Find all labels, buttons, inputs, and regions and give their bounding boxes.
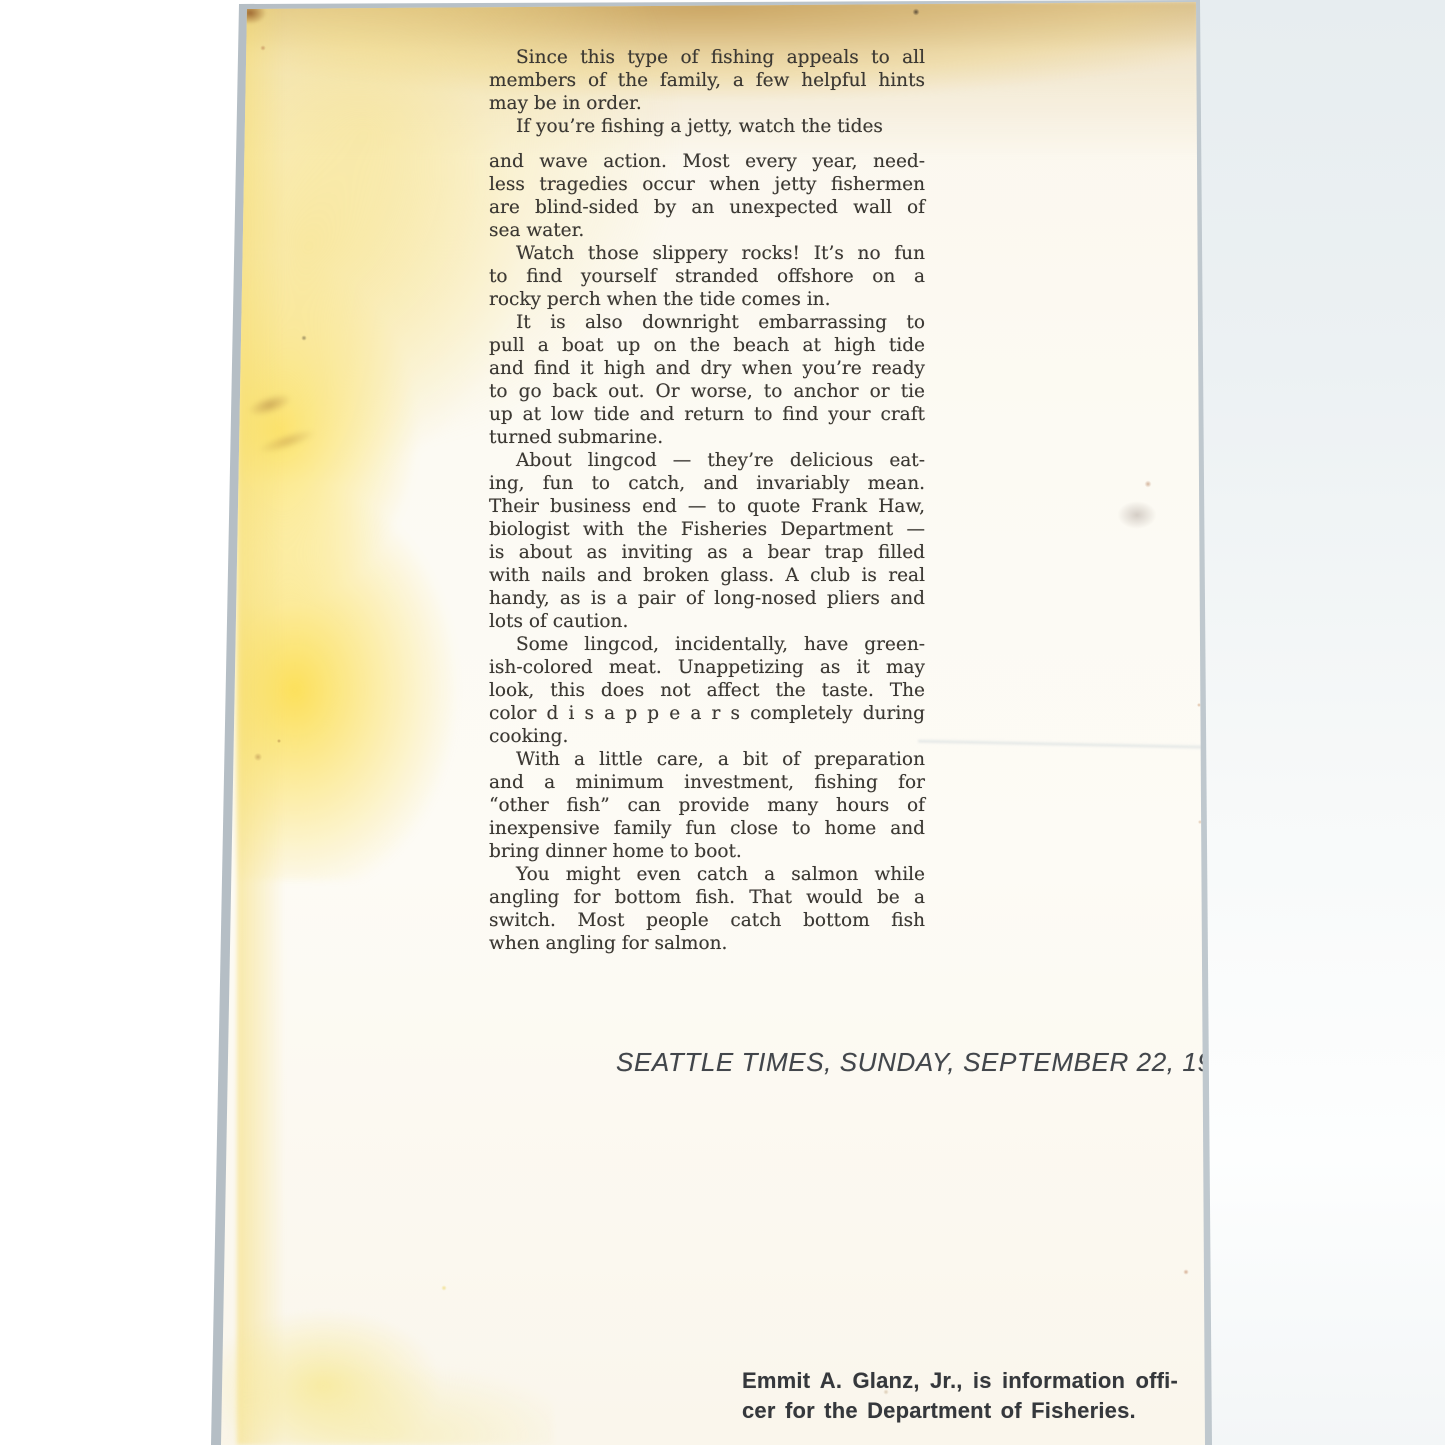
article-line: to find yourself stranded offshore on a: [489, 265, 925, 288]
article-paragraph: You might even catch a salmon whileangli…: [489, 863, 925, 955]
paper-crease-line: [918, 733, 1210, 755]
article-line: rocky perch when the tide comes in.: [489, 288, 925, 311]
article-line: sea water.: [489, 219, 925, 242]
article-line: If you’re fishing a jetty, watch the tid…: [489, 115, 925, 138]
article-paragraph: Some lingcod, incidentally, have green-i…: [489, 633, 925, 748]
article-line: members of the family, a few helpful hin…: [489, 69, 925, 92]
article-line: switch. Most people catch bottom fish: [489, 909, 925, 932]
article-line: and wave action. Most every year, need-: [489, 150, 925, 173]
article-paragraph: If you’re fishing a jetty, watch the tid…: [489, 115, 925, 138]
article-line: and find it high and dry when you’re rea…: [489, 357, 925, 380]
article-line: are blind-sided by an unexpected wall of: [489, 196, 925, 219]
photo-backdrop: Since this type of fishing appeals to al…: [0, 0, 1445, 1445]
article-paragraph: Since this type of fishing appeals to al…: [489, 46, 925, 115]
article-line: to go back out. Or worse, to anchor or t…: [489, 380, 925, 403]
article-paragraph: With a little care, a bit of preparation…: [489, 748, 925, 863]
credit-note: Emmit A. Glanz, Jr., is information offi…: [742, 1366, 1178, 1426]
article-line: About lingcod — they’re delicious eat-: [489, 449, 925, 472]
backdrop-right-band: [1193, 0, 1445, 1445]
article-line: inexpensive family fun close to home and: [489, 817, 925, 840]
stain-bottom-left-blob: [213, 1245, 553, 1445]
byline: SEATTLE TIMES, SUNDAY, SEPTEMBER 22, 196…: [616, 1046, 1243, 1078]
article-line: It is also downright embarrassing to: [489, 311, 925, 334]
article-line: Their business end — to quote Frank Haw,: [489, 495, 925, 518]
article-line: handy, as is a pair of long-nosed pliers…: [489, 587, 925, 610]
article-line: less tragedies occur when jetty fisherme…: [489, 173, 925, 196]
article-line: color d i s a p p e a r s completely dur…: [489, 702, 925, 725]
article-line: up at low tide and return to find your c…: [489, 403, 925, 426]
credit-line: cer for the Department of Fisheries.: [742, 1396, 1178, 1426]
article-line: biologist with the Fisheries Department …: [489, 518, 925, 541]
article-line: Some lingcod, incidentally, have green-: [489, 633, 925, 656]
article-line: when angling for salmon.: [489, 932, 925, 955]
article-line: may be in order.: [489, 92, 925, 115]
article-paragraph: About lingcod — they’re delicious eat-in…: [489, 449, 925, 633]
article-line: “other fish” can provide many hours of: [489, 794, 925, 817]
article-line: angling for bottom fish. That would be a: [489, 886, 925, 909]
article-line: ing, fun to catch, and invariably mean.: [489, 472, 925, 495]
article-line: Since this type of fishing appeals to al…: [489, 46, 925, 69]
article-paragraph: and wave action. Most every year, need-l…: [489, 150, 925, 242]
article-line: ish-colored meat. Unappetizing as it may: [489, 656, 925, 679]
article-line: turned submarine.: [489, 426, 925, 449]
article-line: lots of caution.: [489, 610, 925, 633]
article-line: look, this does not affect the taste. Th…: [489, 679, 925, 702]
stain-left-edge-strip: [237, 0, 285, 1445]
article-line: bring dinner home to boot.: [489, 840, 925, 863]
article-line: cooking.: [489, 725, 925, 748]
article-line: with nails and broken glass. A club is r…: [489, 564, 925, 587]
article-line: and a minimum investment, fishing for: [489, 771, 925, 794]
article-line: is about as inviting as a bear trap fill…: [489, 541, 925, 564]
article-line: pull a boat up on the beach at high tide: [489, 334, 925, 357]
article-line: Watch those slippery rocks! It’s no fun: [489, 242, 925, 265]
article-column: Since this type of fishing appeals to al…: [489, 46, 925, 955]
article-paragraph: It is also downright embarrassing topull…: [489, 311, 925, 449]
stain-smudge-mark: [222, 361, 343, 498]
article-line: You might even catch a salmon while: [489, 863, 925, 886]
article-line: With a little care, a bit of preparation: [489, 748, 925, 771]
article-paragraph: Watch those slippery rocks! It’s no funt…: [489, 242, 925, 311]
credit-line: Emmit A. Glanz, Jr., is information offi…: [742, 1366, 1178, 1396]
